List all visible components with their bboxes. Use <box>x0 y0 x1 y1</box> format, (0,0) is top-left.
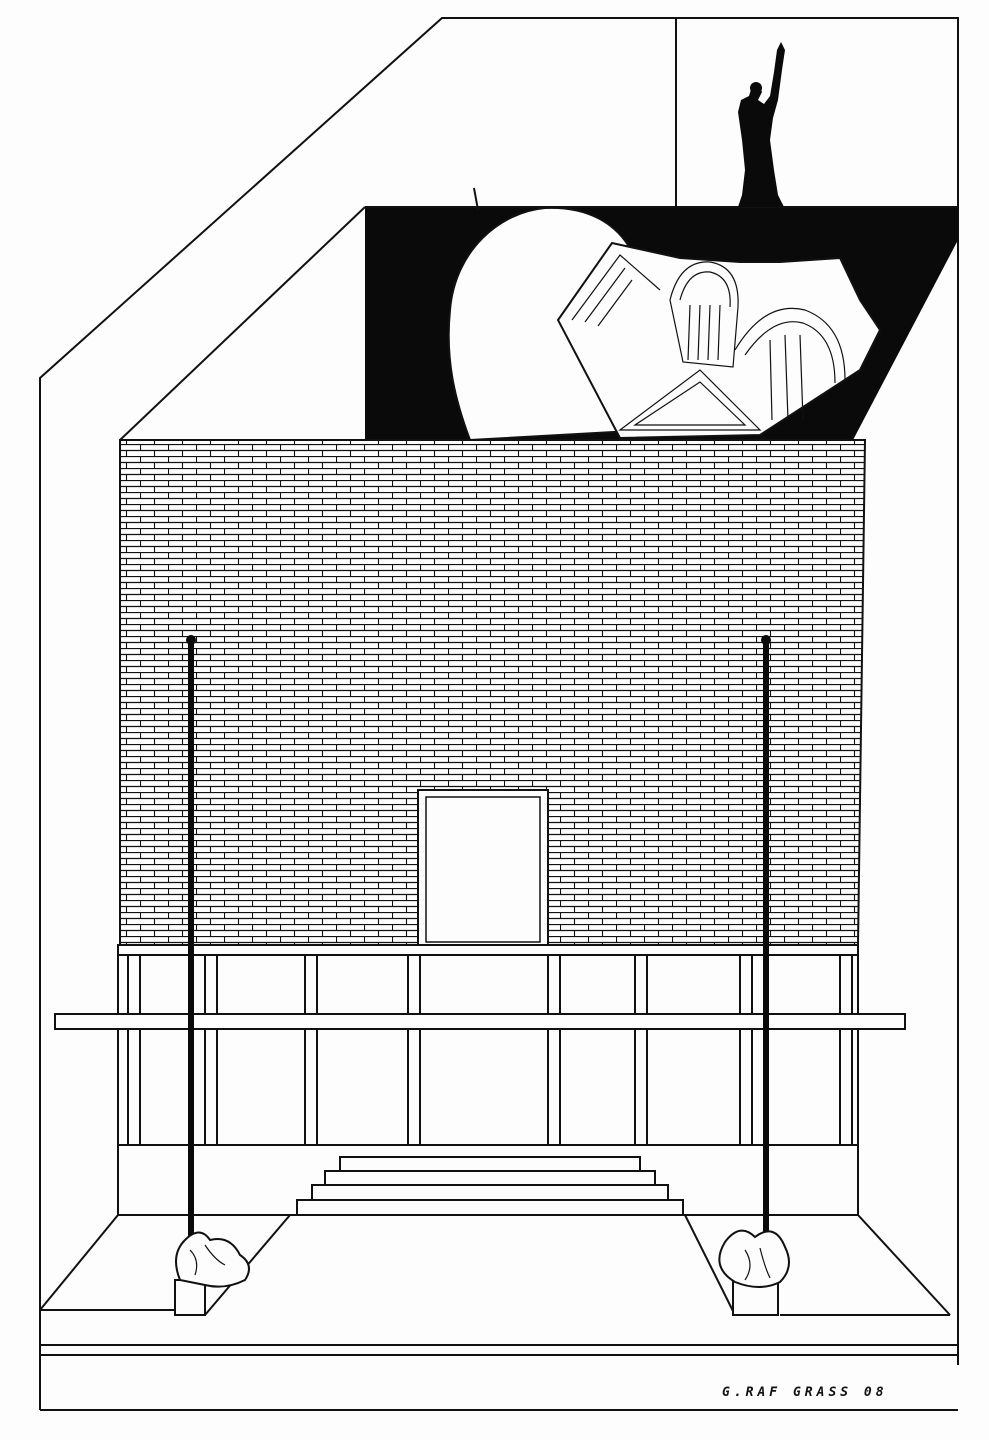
steps <box>118 1145 858 1215</box>
modulor-figure-icon <box>738 42 785 207</box>
elevation-drawing <box>0 0 989 1440</box>
colonnade <box>55 945 905 1145</box>
artist-signature: G.RAF GRASS 08 <box>722 1385 888 1400</box>
black-parapet <box>365 188 958 440</box>
drawing-canvas: Architectural elevation drawing: brick f… <box>0 0 989 1440</box>
central-window <box>418 790 548 945</box>
